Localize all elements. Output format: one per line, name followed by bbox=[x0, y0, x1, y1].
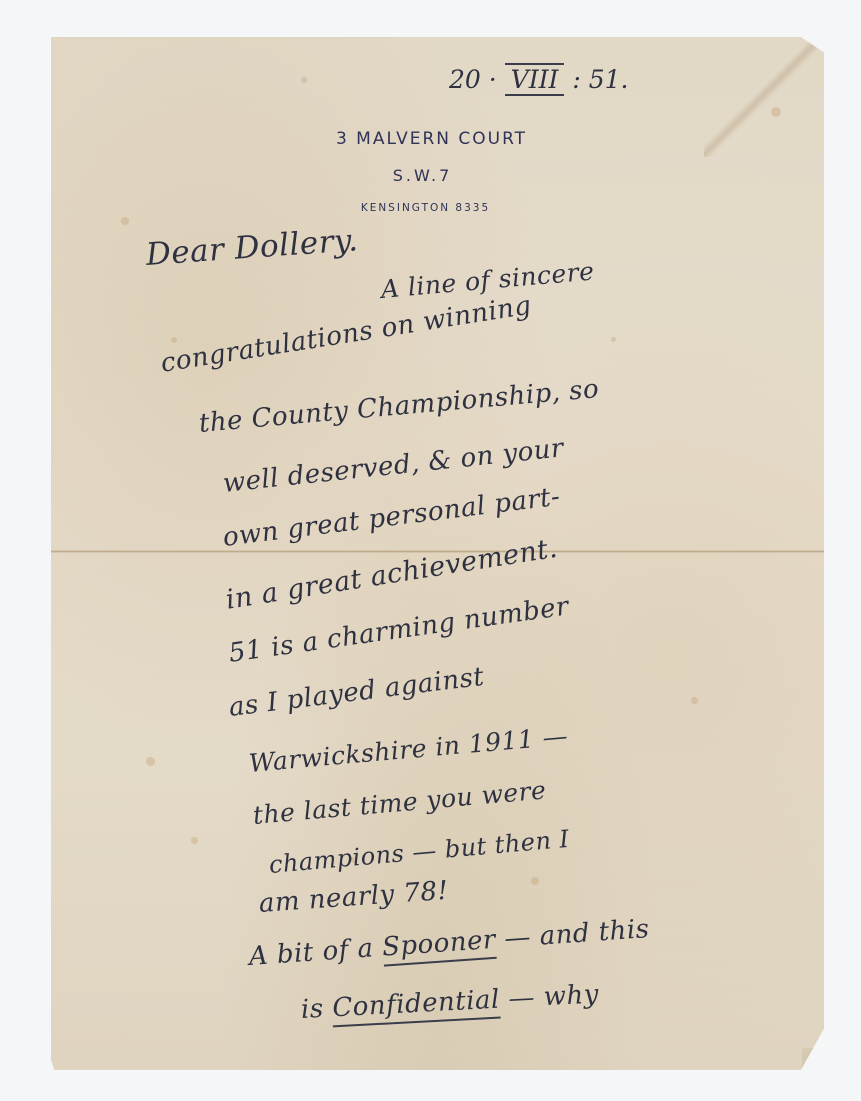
foxing-spot bbox=[171, 337, 177, 343]
letterhead-phone: KENSINGTON 8335 bbox=[39, 202, 812, 214]
date-separator: · bbox=[489, 65, 497, 94]
foxing-spot bbox=[146, 757, 155, 766]
letter-line: champions — but then I bbox=[268, 825, 571, 879]
underlined-word-spooner: Spooner bbox=[381, 925, 497, 967]
salutation: Dear Dollery. bbox=[145, 222, 360, 273]
foxing-spot bbox=[771, 107, 781, 117]
line-prefix: A bit of a bbox=[248, 933, 383, 972]
letterhead-street: 3 MALVERN COURT bbox=[45, 129, 818, 149]
foxing-spot bbox=[121, 217, 129, 225]
letter-line: A bit of a Spooner — and this bbox=[248, 914, 651, 972]
letter-line: is Confidential — why bbox=[300, 979, 599, 1025]
foxing-spot bbox=[191, 837, 198, 844]
letter-line: congratulations on winning bbox=[159, 291, 534, 379]
letter-line: am nearly 78! bbox=[258, 876, 449, 919]
line-suffix: — and this bbox=[495, 914, 651, 955]
date-year: 51. bbox=[589, 65, 629, 94]
letter-line: the last time you were bbox=[252, 775, 548, 830]
date-month: VIII bbox=[505, 63, 565, 96]
foxing-spot bbox=[531, 877, 539, 885]
letterhead-district: S.W.7 bbox=[36, 166, 809, 185]
date-separator: : bbox=[572, 65, 580, 94]
letter-date: 20 · VIII : 51. bbox=[449, 65, 628, 94]
letter-line: Warwickshire in 1911 — bbox=[248, 721, 569, 778]
foxing-spot bbox=[691, 697, 698, 704]
date-day: 20 bbox=[449, 65, 481, 94]
letter-line: the County Championship, so bbox=[198, 374, 601, 439]
letter-paper: 20 · VIII : 51. 3 MALVERN COURT S.W.7 KE… bbox=[51, 37, 824, 1070]
dog-eared-corner bbox=[802, 1048, 824, 1070]
foxing-spot bbox=[611, 337, 616, 342]
line-prefix: is bbox=[300, 993, 333, 1025]
foxing-spot bbox=[301, 77, 307, 83]
letter-line: as I played against bbox=[227, 662, 486, 723]
underlined-word-confidential: Confidential bbox=[332, 985, 501, 1028]
line-suffix: — why bbox=[499, 979, 600, 1014]
